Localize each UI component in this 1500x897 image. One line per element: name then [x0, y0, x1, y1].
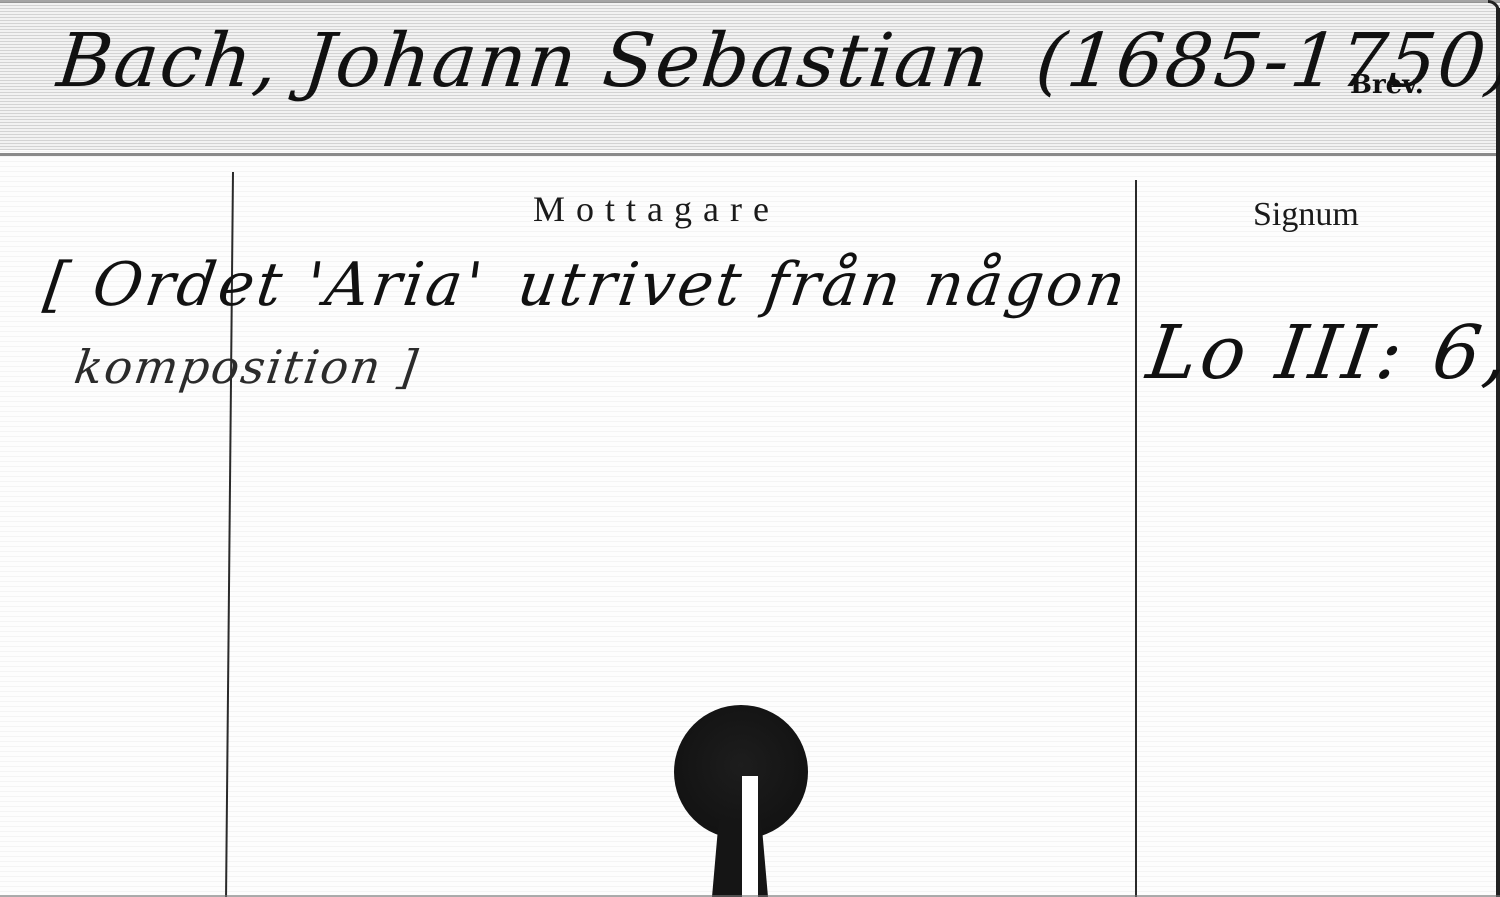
punch-hole-icon — [674, 705, 808, 839]
rod-slot — [742, 776, 758, 897]
signum-value: Lo III: 6, 1 — [1142, 310, 1500, 396]
note-text-part-2: utrivet från någon — [514, 250, 1133, 320]
card-top-edge — [0, 0, 1500, 3]
card-right-edge — [1496, 8, 1500, 897]
column-header-signum: Signum — [1253, 196, 1359, 234]
life-dates: (1685-1750) — [1032, 18, 1500, 104]
composer-name: Bach, Johann Sebastian — [53, 18, 995, 104]
note-text-part-1: [ Ordet 'Aria' — [40, 250, 489, 320]
card-heading: Bach, Johann Sebastian(1685-1750) — [53, 18, 1500, 104]
category-label: Brev. — [1350, 70, 1424, 100]
punch-hole-stem — [712, 820, 768, 897]
column-header-recipient: Mottagare — [533, 188, 780, 230]
column-divider-right — [1135, 180, 1137, 897]
catalog-card: Bach, Johann Sebastian(1685-1750) Brev. … — [0, 0, 1500, 897]
handwritten-note-line-2: komposition ] — [71, 340, 422, 394]
header-divider — [0, 153, 1496, 156]
handwritten-note-line-1: [ Ordet 'Aria'utrivet från någon — [40, 250, 1132, 320]
